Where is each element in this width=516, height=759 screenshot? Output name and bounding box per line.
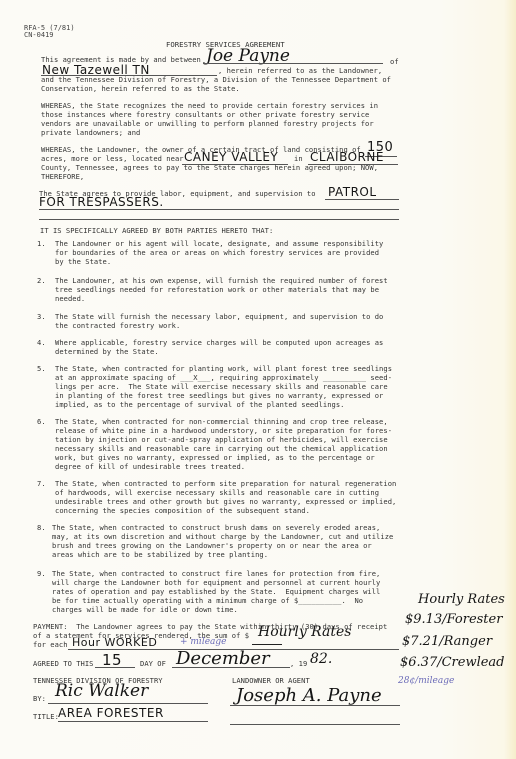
payment-unit-extra: + mileage	[180, 637, 226, 647]
agreed-heading: IT IS SPECIFICALLY AGREED BY BOTH PARTIE…	[40, 227, 273, 236]
landowner-signature: Joseph A. Payne	[236, 685, 382, 706]
clause-line: tree seedlings needed for reforestation …	[55, 286, 379, 295]
clause-line: concerning the species composition of th…	[55, 507, 310, 516]
intro-line4: Conservation, herein referred to as the …	[41, 85, 240, 94]
agreed-month: December	[176, 648, 270, 669]
county-value: CLAIBORNE	[310, 150, 384, 164]
form-number: RFA-5 (7/81) CN-0419	[24, 25, 75, 39]
payment-line3: for each	[33, 641, 68, 650]
title-label: TITLE:	[33, 713, 59, 722]
by-signature: Ric Walker	[55, 681, 148, 701]
document-page: RFA-5 (7/81) CN-0419 FORESTRY SERVICES A…	[0, 0, 516, 759]
clause-line: the contracted forestry work.	[55, 322, 180, 331]
clause-line: needed.	[55, 295, 85, 304]
clause-number: 1.	[37, 240, 46, 249]
clause-number: 2.	[37, 277, 46, 286]
whereas2-line3: County, Tennessee, agrees to pay to the …	[41, 164, 378, 173]
margin-rate-crewlead: $6.37/Crewlead	[400, 655, 505, 670]
margin-note-heading: Hourly Rates	[418, 592, 505, 607]
by-label: BY:	[33, 695, 46, 704]
agreed-year: 82.	[310, 651, 332, 667]
paper-edge	[504, 0, 516, 759]
day-of-label: DAY OF	[140, 660, 166, 669]
margin-mileage: 28¢/mileage	[398, 676, 454, 686]
whereas2-line4: THEREFORE,	[41, 173, 84, 182]
clause-number: 6.	[37, 418, 46, 427]
clause-number: 7.	[37, 480, 46, 489]
service-line2: FOR TRESPASSERS.	[39, 195, 164, 209]
clause-line: implied, as to the percentage of surviva…	[55, 401, 345, 410]
clause-number: 5.	[37, 365, 46, 374]
agreed-prefix: AGREED TO THIS	[33, 660, 94, 669]
title-value: AREA FORESTER	[58, 706, 164, 720]
payment-unit: Hour WORKED	[72, 636, 157, 649]
of-label: of	[390, 58, 399, 67]
margin-rate-forester: $9.13/Forester	[405, 612, 502, 627]
clause-number: 9.	[37, 570, 46, 579]
payment-sum: Hourly Rates	[258, 624, 352, 640]
clause-line: areas which are to be stabilized by tree…	[52, 551, 268, 560]
near-location: CANEY VALLEY	[184, 150, 278, 164]
clause-line: by the State.	[55, 258, 111, 267]
year-prefix: , 19	[290, 660, 307, 669]
clause-number: 8.	[37, 524, 46, 533]
clause-number: 3.	[37, 313, 46, 322]
whereas1-line4: private landowners; and	[41, 129, 140, 138]
clause-number: 4.	[37, 339, 46, 348]
clause-line: charges will be made for idle or down ti…	[52, 606, 238, 615]
margin-rate-ranger: $7.21/Ranger	[402, 634, 492, 649]
service-line1: PATROL	[328, 185, 377, 199]
clause-line: degree of kill of undesirable trees trea…	[55, 463, 245, 472]
clause-line: determined by the State.	[55, 348, 159, 357]
